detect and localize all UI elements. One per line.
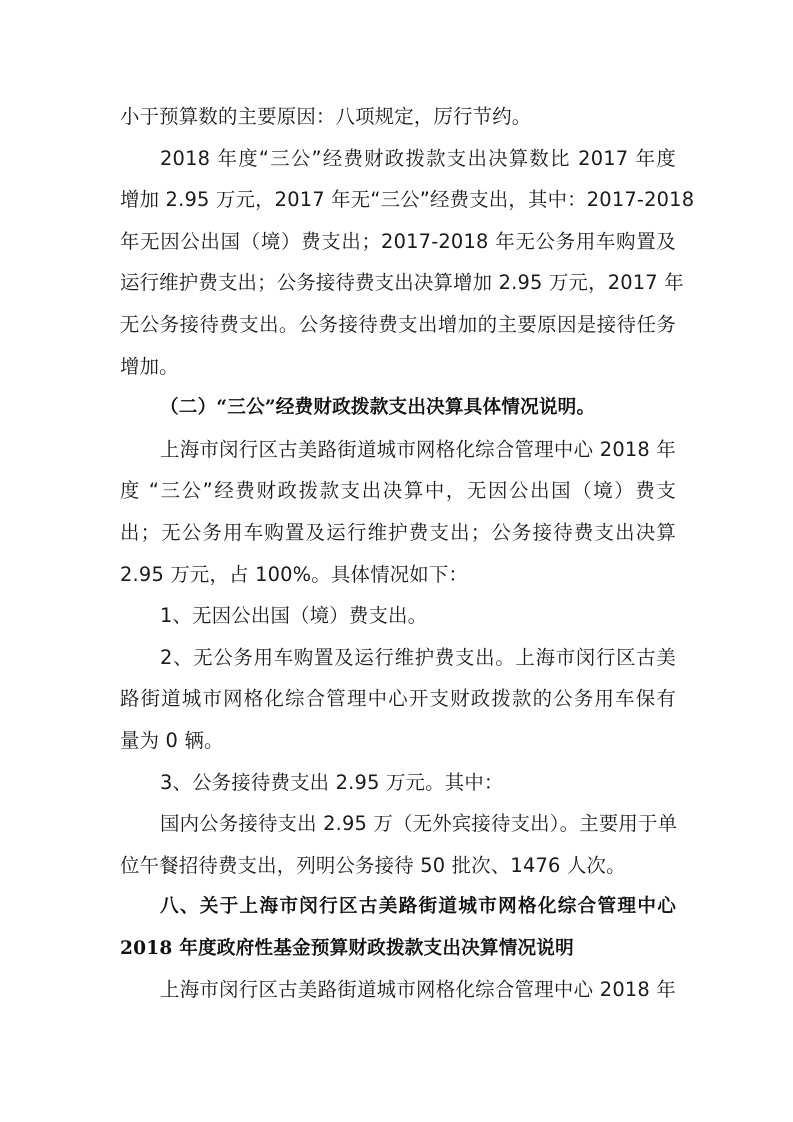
paragraph-line: 增加 2.95 万元，2017 年无“三公”经费支出，其中：2017-2018 [120,179,676,221]
paragraph-line: 出；无公务用车购置及运行维护费支出；公务接待费支出决算 [120,512,676,554]
section-heading: （二）“三公”经费财政拨款支出决算具体情况说明。 [120,387,676,429]
paragraph-line: 2018 年度“三公”经费财政拨款支出决算数比 2017 年度 [120,138,676,180]
document-body: 小于预算数的主要原因：八项规定，厉行节约。 2018 年度“三公”经费财政拨款支… [120,96,676,1011]
paragraph-line: 度 “三公”经费财政拨款支出决算中，无因公出国（境）费支 [120,470,676,512]
paragraph-line: 小于预算数的主要原因：八项规定，厉行节约。 [120,96,676,138]
section-heading: 2018 年度政府性基金预算财政拨款支出决算情况说明 [120,928,676,970]
paragraph-line: 运行维护费支出；公务接待费支出决算增加 2.95 万元，2017 年 [120,262,676,304]
document-page: 小于预算数的主要原因：八项规定，厉行节约。 2018 年度“三公”经费财政拨款支… [0,0,793,1122]
paragraph-line: 无公务接待费支出。公务接待费支出增加的主要原因是接待任务 [120,304,676,346]
list-item: 3、公务接待费支出 2.95 万元。其中： [120,762,676,804]
paragraph-line: 上海市闵行区古美路街道城市网格化综合管理中心 2018 年 [120,969,676,1011]
paragraph-line: 上海市闵行区古美路街道城市网格化综合管理中心 2018 年 [120,429,676,471]
paragraph-line: 年无因公出国（境）费支出；2017-2018 年无公务用车购置及 [120,221,676,263]
paragraph-line: 量为 0 辆。 [120,720,676,762]
paragraph-line: 2.95 万元，占 100%。具体情况如下： [120,554,676,596]
paragraph-line: 路街道城市网格化综合管理中心开支财政拨款的公务用车保有 [120,678,676,720]
list-item: 2、无公务用车购置及运行维护费支出。上海市闵行区古美 [120,637,676,679]
paragraph-line: 国内公务接待支出 2.95 万（无外宾接待支出）。主要用于单 [120,803,676,845]
paragraph-line: 增加。 [120,346,676,388]
list-item: 1、无因公出国（境）费支出。 [120,595,676,637]
paragraph-line: 位午餐招待费支出，列明公务接待 50 批次、1476 人次。 [120,845,676,887]
section-heading: 八、关于上海市闵行区古美路街道城市网格化综合管理中心 [120,886,676,928]
